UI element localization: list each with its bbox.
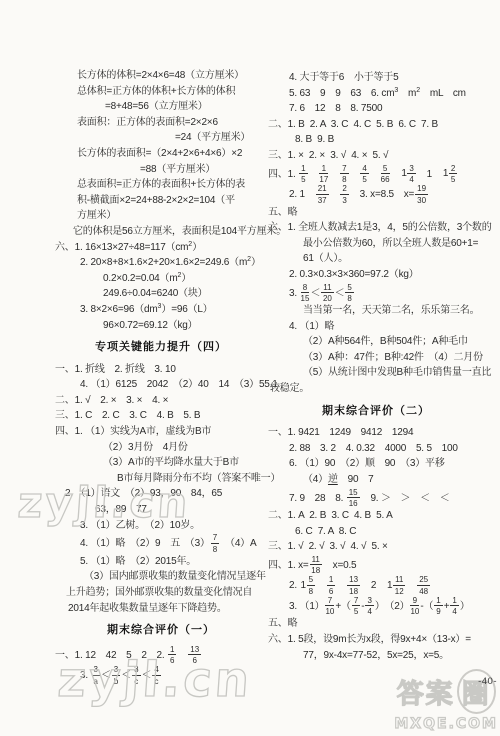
answer-line: 五、略 bbox=[262, 616, 490, 632]
answer-line: 6. C 7. A 8. C bbox=[262, 524, 490, 540]
answer-line: 96×0.72=69.12（kg） bbox=[55, 318, 267, 334]
fraction: 910 bbox=[410, 596, 419, 617]
answer-line: 积-横截面×2=24+88-2×2×2=104（平 bbox=[55, 193, 267, 209]
section-heading: 期末综合评价（二） bbox=[262, 404, 490, 420]
answer-line: =88（平方厘米） bbox=[55, 162, 267, 178]
fraction: 16 bbox=[168, 645, 176, 666]
answer-line: 8. B 9. B bbox=[262, 132, 490, 148]
answer-line: 249.6÷0.04=6240（块） bbox=[55, 286, 267, 302]
answer-line: 当当第一名，天天第二名，乐乐第三名。 bbox=[262, 303, 490, 319]
fraction: 58 bbox=[345, 283, 353, 304]
answer-line: （5）从统计图中发现B种毛巾销售量一直比 bbox=[262, 365, 490, 381]
answer-line: 3. （1）710+（75-34） （2）910-（19+14） bbox=[262, 596, 490, 617]
answer-book-page: 长方体的体积=2×4×6=48（立方厘米）总体积=正方体的体积+长方体的体积=8… bbox=[0, 0, 500, 736]
fraction: 2548 bbox=[417, 575, 430, 596]
answer-line: （2）3月份 4月份 bbox=[55, 440, 267, 456]
fraction: 4c bbox=[152, 665, 160, 686]
answer-line: 一、1. 折线 2. 折线 3. 10 bbox=[55, 362, 267, 378]
page-number: -40- bbox=[478, 676, 497, 687]
left-column: 长方体的体积=2×4×6=48（立方厘米）总体积=正方体的体积+长方体的体积=8… bbox=[55, 68, 267, 686]
answer-line: 61（人）。 bbox=[262, 251, 490, 267]
fraction: 136 bbox=[188, 645, 201, 666]
answer-line: 4. （1）6125 2042 （2）40 14 （3）55.1 bbox=[55, 377, 267, 393]
answer-line: 3. 3a＜3b＜3c＜4c bbox=[55, 665, 267, 686]
answer-line: 4. （1）略 （2）9 五 （3）78 （4）A bbox=[55, 533, 267, 554]
answer-line: 2014年起收集数量呈逐年下降趋势。 bbox=[55, 601, 267, 617]
answer-line: 总体积=正方体的体积+长方体的体积 bbox=[55, 84, 267, 100]
answer-line: 四、1. （1）实线为A市，虚线为B市 bbox=[55, 424, 267, 440]
answer-line: （2）A种564件，B种504件；A种毛巾 bbox=[262, 334, 490, 350]
fraction: 34 bbox=[365, 596, 373, 617]
fraction: 16 bbox=[327, 575, 335, 596]
section-heading: 期末综合评价（一） bbox=[55, 623, 267, 639]
fraction: 1318 bbox=[347, 575, 360, 596]
answer-line: 四、1. x=1118 x=0.5 bbox=[262, 555, 490, 576]
answer-line: 2. 1 2137 23 3. x=8.5 x=1930 bbox=[262, 184, 490, 205]
answer-line: 2. 158 16 1318 2 11112 2548 bbox=[262, 575, 490, 596]
answer-line: 3. 8×2×6=96（dm3）=96（L） bbox=[55, 302, 267, 318]
fraction: 78 bbox=[211, 533, 219, 554]
answer-line: 上升趋势；国外邮票收集的数量变化情况自 bbox=[55, 585, 267, 601]
fraction: 1120 bbox=[321, 283, 333, 304]
answer-line: 六、1. 16×13×27÷48=117（cm2） bbox=[55, 240, 267, 256]
answer-line: 63，89 77 bbox=[55, 502, 267, 518]
fraction: 3a bbox=[92, 665, 100, 686]
fraction: 3b bbox=[112, 665, 120, 686]
answer-line: 5. 63 9 9 63 6. cm3 m2 mL cm bbox=[262, 86, 490, 102]
answer-line: 方厘米） bbox=[55, 208, 267, 224]
answer-line: 五、略 bbox=[262, 205, 490, 221]
answer-line: 较稳定。 bbox=[262, 381, 490, 397]
fraction: 566 bbox=[381, 164, 390, 185]
answer-line: 7. 9 28 8. 1516 9. ＞ ＞ ＜ ＜ bbox=[262, 488, 490, 509]
answer-line: 表面积：正方体的表面积=2×2×6 bbox=[55, 115, 267, 131]
answer-line: 二、1. B 2. A 3. C 4. C 5. B 6. C 7. B bbox=[262, 117, 490, 133]
fraction: 11112 bbox=[387, 575, 405, 596]
answer-line: 三、1. √ 2. √ 3. √ 4. √ 5. × bbox=[262, 539, 490, 555]
answer-line: 一、1. 12 42 5 2 2. 16 136 bbox=[55, 645, 267, 666]
answer-line: 2. 20×8+8×1.6×2+20×1.6×2=249.6（m2） bbox=[55, 255, 267, 271]
answer-line: =8+48=56（立方厘米） bbox=[55, 99, 267, 115]
answer-line: 2. 0.3×0.3×3×360=97.2（kg） bbox=[262, 267, 490, 283]
answer-line: 4. 大于等于6 小于等于5 bbox=[262, 70, 490, 86]
right-column: 4. 大于等于6 小于等于55. 63 9 9 63 6. cm3 m2 mL … bbox=[262, 70, 490, 663]
answer-line: 4. （1）略 bbox=[262, 319, 490, 335]
answer-line: 6. （1）90 （2）顺 90 （3）平移 bbox=[262, 456, 490, 472]
fraction: 125 bbox=[443, 164, 458, 185]
answer-line: （3）A种：47件；B种:42件 （4）二月份 bbox=[262, 350, 490, 366]
fraction: 45 bbox=[360, 164, 368, 185]
answer-line: B市每月降雨分布不均（答案不唯一） bbox=[55, 471, 267, 487]
answer-line: 3. （1）乙树。 （2）10岁。 bbox=[55, 518, 267, 534]
answer-line: =24（平方厘米） bbox=[55, 130, 267, 146]
answer-line: 长方体的体积=2×4×6=48（立方厘米） bbox=[55, 68, 267, 84]
answer-line: 一、1. 9421 1249 9412 1294 bbox=[262, 425, 490, 441]
fraction: 15 bbox=[299, 164, 307, 185]
brand-site-text: MXQE.COM bbox=[394, 716, 498, 732]
answer-line: 它的体积是56立方厘米，表面积是104平方厘米。 bbox=[55, 224, 267, 240]
answer-line: 3. 815＜1120＜58 bbox=[262, 283, 490, 304]
answer-line: （4）逆 90 7 bbox=[262, 472, 490, 488]
fraction: 23 bbox=[340, 184, 348, 205]
answer-line: 最小公倍数为60，所以全班人数是60+1= bbox=[262, 236, 490, 252]
fraction: 1118 bbox=[310, 555, 322, 576]
fraction: 78 bbox=[340, 164, 348, 185]
answer-line: 2. （1）语文 （2）93，90 84，65 bbox=[55, 486, 267, 502]
answer-line: （3）国内邮票收集的数量变化情况呈逐年 bbox=[55, 569, 267, 585]
answer-line: 2. 88 3. 2 4. 0.32 4000 5. 5 100 bbox=[262, 441, 490, 457]
fraction: 158 bbox=[301, 575, 316, 596]
fraction: 815 bbox=[301, 283, 310, 304]
fraction: 1930 bbox=[415, 184, 428, 205]
fraction: 1516 bbox=[347, 488, 360, 509]
section-heading: 专项关键能力提升（四） bbox=[55, 340, 267, 356]
answer-line: 二、1. √ 2. × 3. × 4. × bbox=[55, 393, 267, 409]
answer-line: 总表面积=正方体的表面积+长方体的表 bbox=[55, 177, 267, 193]
answer-line: 六、1. 5段，设9m长为x段，得9x+4×（13-x）= bbox=[262, 632, 490, 648]
answer-line: 六、1. 全班人数减去1是3，4，5的公倍数，3个数的 bbox=[262, 220, 490, 236]
fraction: 2137 bbox=[316, 184, 329, 205]
fraction: 3c bbox=[132, 665, 140, 686]
answer-line: 三、1. C 2. C 3. C 4. B 5. B bbox=[55, 408, 267, 424]
answer-line: 长方体的表面积=（2×4+2×6+4×6）×2 bbox=[55, 146, 267, 162]
fraction: 14 bbox=[450, 596, 458, 617]
answer-line: 三、1. × 2. × 3. √ 4. × 5. √ bbox=[262, 148, 490, 164]
answer-line: 5. （1）略 （2）2015年。 bbox=[55, 554, 267, 570]
fraction: 19 bbox=[434, 596, 442, 617]
fraction: 75 bbox=[352, 596, 360, 617]
fraction: 117 bbox=[319, 164, 328, 185]
answer-line: 四、1. 15 117 78 45 566 134 1 125 bbox=[262, 164, 490, 185]
fraction: 710 bbox=[325, 596, 334, 617]
answer-line: （3）A市的平均降水量大于B市 bbox=[55, 455, 267, 471]
answer-line: 0.2×0.2=0.04（m2） bbox=[55, 271, 267, 287]
fraction: 134 bbox=[401, 164, 416, 185]
answer-line: 二、1. A 2. B 3. C 4. B 5. A bbox=[262, 508, 490, 524]
answer-line: 7. 6 12 8 8. 7500 bbox=[262, 101, 490, 117]
answer-line: 77，9x-4x=77-52，5x=25，x=5。 bbox=[262, 648, 490, 664]
